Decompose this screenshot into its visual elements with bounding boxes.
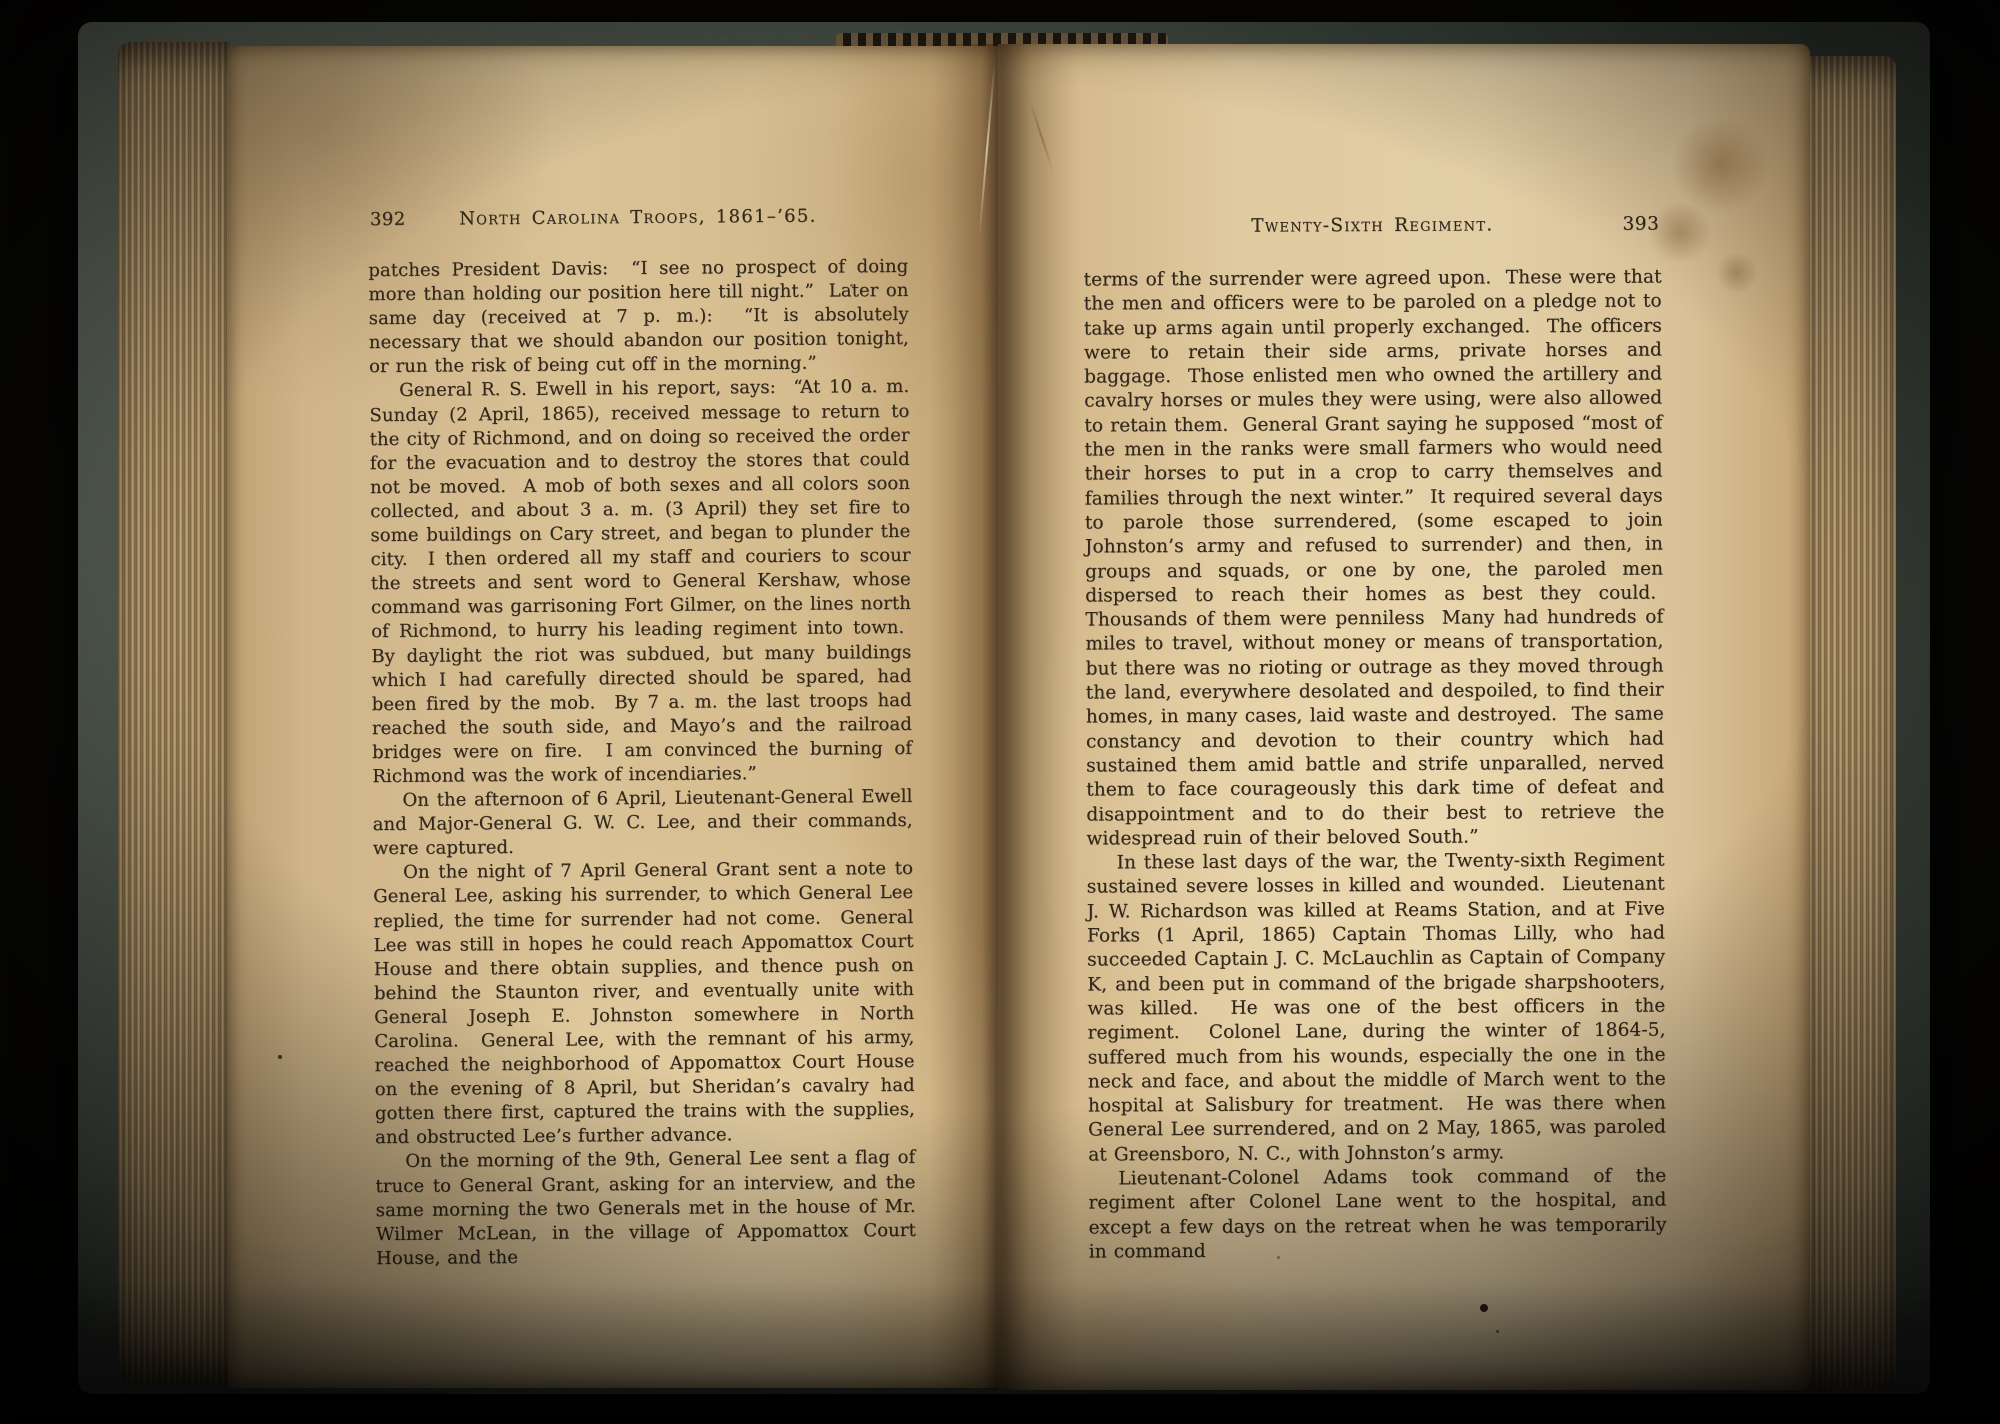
page-edges-right bbox=[1808, 56, 1896, 1388]
paragraph: Lieutenant-Colonel Adams took command of… bbox=[1088, 1164, 1667, 1264]
left-page-text: 392 North Carolina Troops, 1861–’65. pat… bbox=[368, 204, 916, 1271]
left-page-header: 392 North Carolina Troops, 1861–’65. bbox=[368, 204, 908, 233]
right-page-text: Twenty-Sixth Regiment. 393 terms of the … bbox=[1083, 212, 1666, 1264]
ink-speck bbox=[278, 1055, 282, 1059]
paragraph: In these last days of the war, the Twent… bbox=[1087, 849, 1667, 1168]
left-page-number: 392 bbox=[370, 208, 406, 232]
photo-of-open-book: 392 North Carolina Troops, 1861–’65. pat… bbox=[0, 0, 2000, 1424]
paragraph: terms of the surrender were agreed upon.… bbox=[1084, 265, 1665, 851]
page-edges-left bbox=[118, 42, 230, 1384]
left-running-title: North Carolina Troops, 1861–’65. bbox=[368, 204, 908, 232]
paragraph: patches President Davis: “I see no prosp… bbox=[368, 255, 909, 380]
paragraph: On the night of 7 April General Grant se… bbox=[373, 857, 915, 1150]
paragraph: On the morning of the 9th, General Lee s… bbox=[375, 1146, 916, 1271]
ink-speck bbox=[1480, 1304, 1488, 1312]
gutter-shadow bbox=[930, 44, 1078, 1390]
right-page-number: 393 bbox=[1622, 213, 1659, 237]
ink-speck bbox=[1496, 1330, 1499, 1333]
right-page-header: Twenty-Sixth Regiment. 393 bbox=[1083, 212, 1661, 240]
paragraph: On the afternoon of 6 April, Lieutenant-… bbox=[372, 785, 913, 862]
paragraph: General R. S. Ewell in his report, says:… bbox=[369, 375, 912, 789]
right-running-title: Twenty-Sixth Regiment. bbox=[1083, 212, 1661, 239]
